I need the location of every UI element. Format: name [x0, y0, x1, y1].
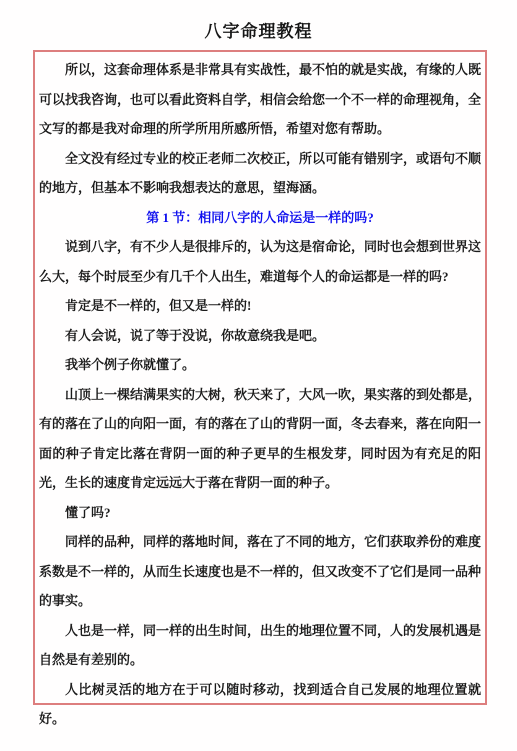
paragraph: 说到八字，有不少人是很排斥的，认为这是宿命论，同时也会想到世界这么大，每个时辰至…	[39, 232, 481, 291]
paragraph: 山顶上一棵结满果实的大树，秋天来了，大风一吹，果实落的到处都是，有的落在了山的向…	[39, 380, 481, 498]
paragraph: 人也是一样，同一样的出生时间，出生的地理位置不同，人的发展机遇是自然是有差别的。	[39, 616, 481, 675]
page-canvas: 八字命理教程 所以，这套命理体系是非常具有实战性，最不怕的就是实战，有缘的人既可…	[0, 0, 517, 751]
paragraph: 肯定是不一样的，但又是一样的!	[39, 291, 481, 321]
document-page: { "document": { "title": "八字命理教程", "para…	[0, 0, 517, 751]
paragraph: 我举个例子你就懂了。	[39, 350, 481, 380]
paragraph: 有人会说，说了等于没说，你故意绕我是吧。	[39, 321, 481, 351]
paragraph: 全文没有经过专业的校正老师二次校正，所以可能有错别字，或语句不顺的地方，但基本不…	[39, 144, 481, 203]
paragraph: 同样的品种，同样的落地时间，落在了不同的地方，它们获取养份的难度系数是不一样的，…	[39, 527, 481, 616]
paragraph: 人比树灵活的地方在于可以随时移动，找到适合自己发展的地理位置就好。	[39, 675, 481, 734]
paragraph: 所以，这套命理体系是非常具有实战性，最不怕的就是实战，有缘的人既可以找我咨询，也…	[39, 55, 481, 144]
paragraph: 懂了吗?	[39, 498, 481, 528]
document-title: 八字命理教程	[0, 23, 517, 41]
content-border-box: 所以，这套命理体系是非常具有实战性，最不怕的就是实战，有缘的人既可以找我咨询，也…	[33, 50, 487, 705]
section-heading: 第 1 节：相同八字的人命运是一样的吗?	[39, 203, 481, 233]
